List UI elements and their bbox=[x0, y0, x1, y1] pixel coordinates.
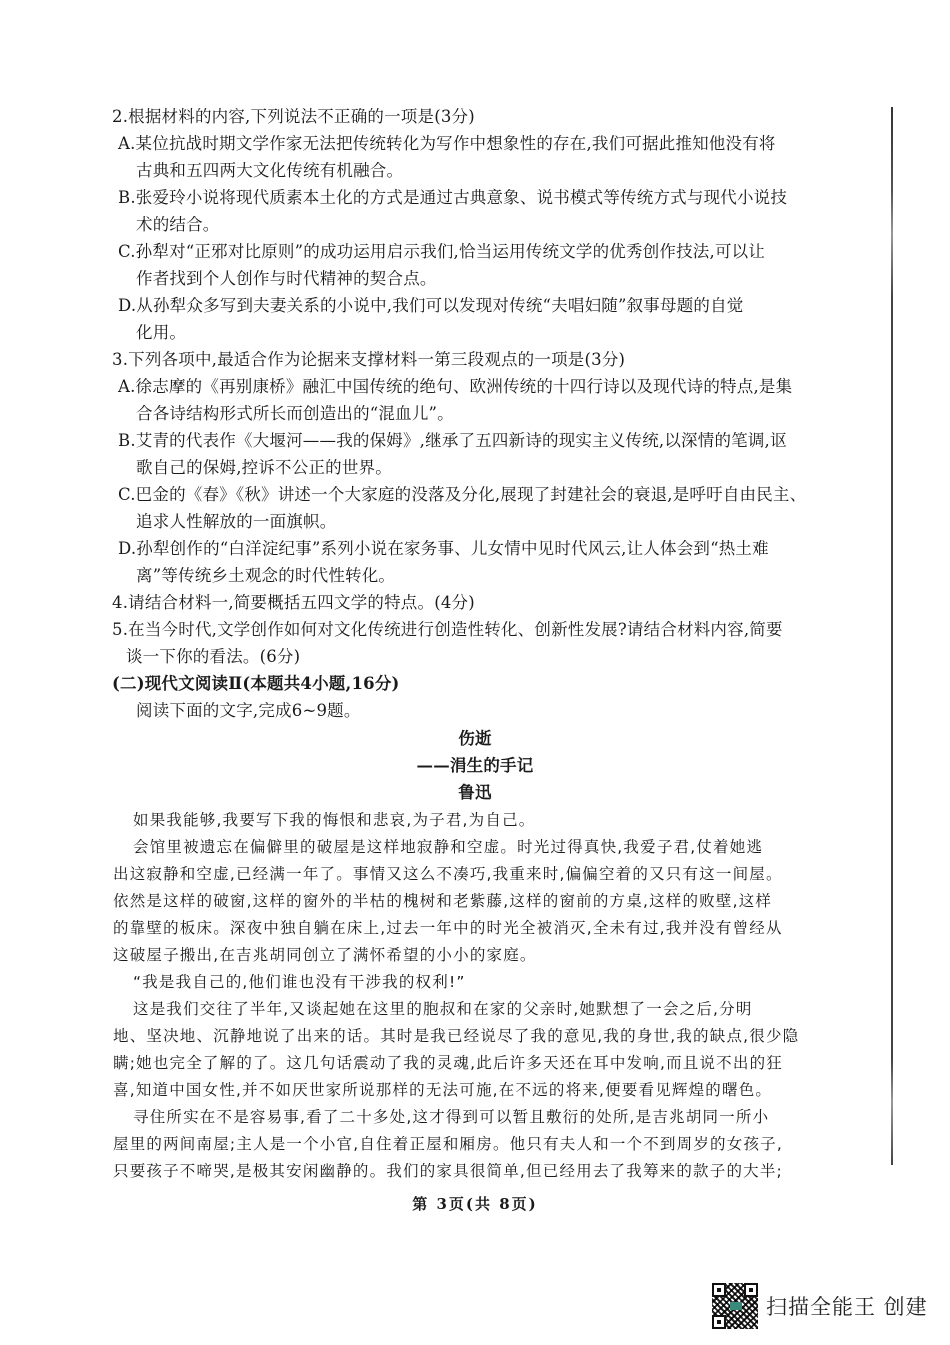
q2-option-a: A.某位抗战时期文学作家无法把传统转化为写作中想象性的存在,我们可据此推知他没有… bbox=[118, 133, 776, 155]
q2-option-d: D.从孙犁众多写到夫妻关系的小说中,我们可以发现对传统“夫唱妇随”叙事母题的自觉 bbox=[118, 295, 744, 317]
passage-quote: “我是我自己的,他们谁也没有干涉我的权利!” bbox=[133, 971, 466, 993]
q2-option-b: B.张爱玲小说将现代质素本土化的方式是通过古典意象、说书模式等传统方式与现代小说… bbox=[118, 187, 787, 209]
q5-stem: 5.在当今时代,文学创作如何对文化传统进行创造性转化、创新性发展?请结合材料内容… bbox=[112, 619, 783, 641]
qr-code-icon bbox=[712, 1283, 758, 1329]
scanner-watermark: 扫描全能王 创建 bbox=[712, 1283, 928, 1329]
page-number: 第 3页(共 8页) bbox=[0, 1193, 950, 1214]
q2-option-d-cont: 化用。 bbox=[136, 322, 186, 344]
passage-author: 鲁迅 bbox=[0, 782, 950, 804]
passage-paragraph-2-line: 依然是这样的破窗,这样的窗外的半枯的槐树和老紫藤,这样的窗前的方桌,这样的败壁,… bbox=[113, 890, 772, 912]
q2-option-a-cont: 古典和五四两大文化传统有机融合。 bbox=[136, 160, 403, 182]
section-heading: (二)现代文阅读Ⅱ(本题共4小题,16分) bbox=[112, 673, 400, 695]
q2-option-c: C.孙犁对“正邪对比原则”的成功运用启示我们,恰当运用传统文学的优秀创作技法,可… bbox=[118, 241, 765, 263]
passage-paragraph-4-line: 喜,知道中国女性,并不如厌世家所说那样的无法可施,在不远的将来,便要看见辉煌的曙… bbox=[113, 1079, 772, 1101]
q3-stem: 3.下列各项中,最适合作为论据来支撑材料一第三段观点的一项是(3分) bbox=[112, 349, 625, 371]
q3-option-d-cont: 离”等传统乡土观念的时代性转化。 bbox=[136, 565, 395, 587]
q3-option-c-cont: 追求人性解放的一面旗帜。 bbox=[136, 511, 336, 533]
passage-paragraph-4-line: 地、坚决地、沉静地说了出来的话。其时是我已经说尽了我的意见,我的身世,我的缺点,… bbox=[113, 1025, 799, 1047]
q3-option-b-cont: 歌自己的保姆,控诉不公正的世界。 bbox=[136, 457, 392, 479]
q2-stem: 2.根据材料的内容,下列说法不正确的一项是(3分) bbox=[112, 106, 475, 128]
q4-stem: 4.请结合材料一,简要概括五四文学的特点。(4分) bbox=[112, 592, 475, 614]
section-instruction: 阅读下面的文字,完成6~9题。 bbox=[136, 700, 361, 722]
passage-paragraph-2: 会馆里被遗忘在偏僻里的破屋是这样地寂静和空虚。时光过得真快,我爱子君,仗着她逃 bbox=[133, 836, 763, 858]
q2-option-b-cont: 术的结合。 bbox=[136, 214, 220, 236]
passage-paragraph-1: 如果我能够,我要写下我的悔恨和悲哀,为子君,为自己。 bbox=[133, 809, 535, 831]
passage-paragraph-4-line: 瞒;她也完全了解的了。这几句话震动了我的灵魂,此后许多天还在耳中发响,而且说不出… bbox=[113, 1052, 783, 1074]
passage-subtitle: ——涓生的手记 bbox=[0, 755, 950, 777]
passage-title: 伤逝 bbox=[0, 728, 950, 750]
passage-paragraph-2-line: 这破屋子搬出,在吉兆胡同创立了满怀希望的小小的家庭。 bbox=[113, 944, 537, 966]
passage-paragraph-5-line: 只要孩子不啼哭,是极其安闲幽静的。我们的家具很简单,但已经用去了我筹来的款子的大… bbox=[113, 1160, 783, 1182]
q5-stem-cont: 谈一下你的看法。(6分) bbox=[126, 646, 300, 668]
passage-paragraph-5-line: 屋里的两间南屋;主人是一个小官,自住着正屋和厢房。他只有夫人和一个不到周岁的女孩… bbox=[113, 1133, 783, 1155]
q2-option-c-cont: 作者找到个人创作与时代精神的契合点。 bbox=[136, 268, 437, 290]
q3-option-d: D.孙犁创作的“白洋淀纪事”系列小说在家务事、儿女情中见时代风云,让人体会到“热… bbox=[118, 538, 769, 560]
passage-paragraph-2-line: 的靠壁的板床。深夜中独自躺在床上,过去一年中的时光全被消灭,全未有过,我并没有曾… bbox=[113, 917, 783, 939]
margin-rule bbox=[891, 107, 893, 1165]
q3-option-b: B.艾青的代表作《大堰河——我的保姆》,继承了五四新诗的现实主义传统,以深情的笔… bbox=[118, 430, 787, 452]
q3-option-a: A.徐志摩的《再别康桥》融汇中国传统的绝句、欧洲传统的十四行诗以及现代诗的特点,… bbox=[118, 376, 792, 398]
watermark-text: 扫描全能王 创建 bbox=[766, 1291, 928, 1321]
passage-paragraph-2-line: 出这寂静和空虚,已经满一年了。事情又这么不凑巧,我重来时,偏偏空着的又只有这一间… bbox=[113, 863, 783, 885]
passage-paragraph-5: 寻住所实在不是容易事,看了二十多处,这才得到可以暂且敷衍的处所,是吉兆胡同一所小 bbox=[133, 1106, 769, 1128]
exam-page: 2.根据材料的内容,下列说法不正确的一项是(3分) A.某位抗战时期文学作家无法… bbox=[0, 0, 950, 1345]
q3-option-c: C.巴金的《春》《秋》讲述一个大家庭的没落及分化,展现了封建社会的衰退,是呼吁自… bbox=[118, 484, 806, 506]
passage-paragraph-4: 这是我们交往了半年,又谈起她在这里的胞叔和在家的父亲时,她默想了一会之后,分明 bbox=[133, 998, 753, 1020]
q3-option-a-cont: 合各诗结构形式所长而创造出的“混血儿”。 bbox=[136, 403, 454, 425]
